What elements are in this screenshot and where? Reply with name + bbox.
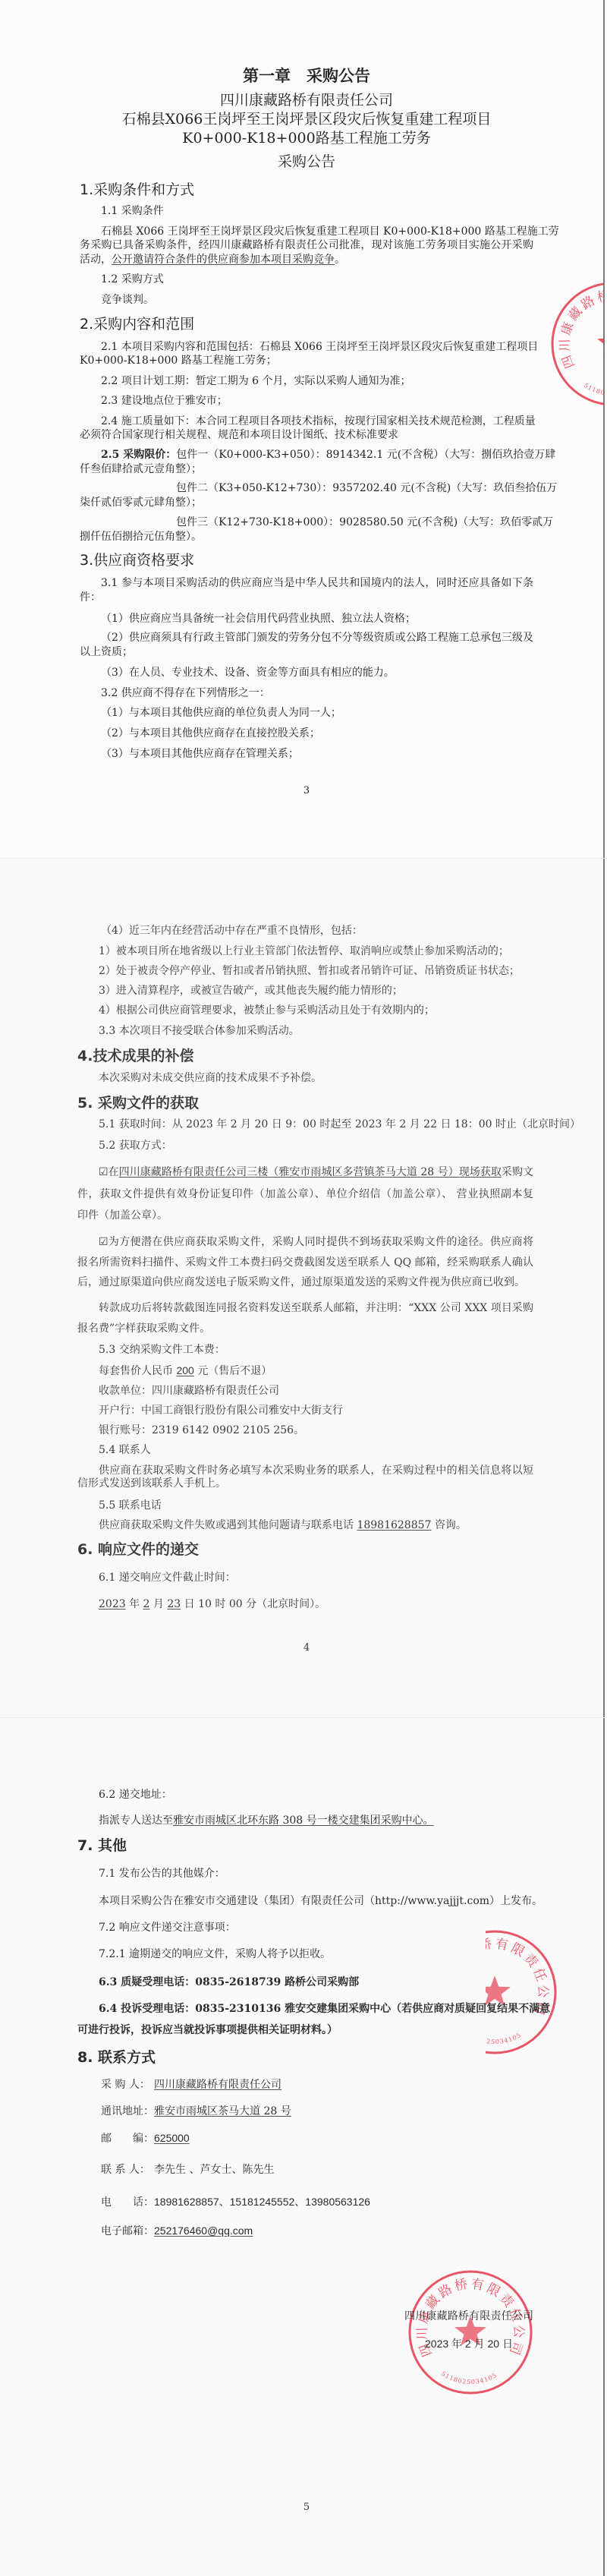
page-edge [603,0,605,858]
paragraph-line: 后，通过原渠道向供应商发送电子版采购文件，通过原渠道发送的采购文件视为供应商已收… [77,1275,525,1289]
paragraph-line: 件： [80,591,101,604]
paragraph-line: 2.2 项目计划工期：暂定工期为 6 个月，实际以采购人通知为准； [101,374,411,388]
text: 咨询。 [431,1519,466,1531]
page-edge [603,859,605,1718]
submission-address: 指派专人送达至雅安市雨城区北环东路 308 号一楼交建集团采购中心。 [99,1814,434,1827]
complaint-phone: 6.4 投诉受理电话：0835-2310136 雅安交建集团采购中心（若供应商对… [99,2002,533,2016]
fee-amount: 200 [176,1364,193,1376]
project-title-line2: K0+000-K18+000路基工程施工劳务 [3,130,607,147]
subsection-label: 1.2 采购方式 [101,273,164,286]
underlined-address: 雅安市雨城区北环东路 308 号一楼交建集团采购中心。 [173,1815,434,1827]
text: 日 10 时 00 分（北京时间）。 [181,1598,326,1610]
deadline-year: 2023 [99,1598,126,1610]
paragraph-line: 可进行投诉，投诉应当就投诉事项提供相关证明材料。） [77,2023,338,2037]
section-heading: 5. 采购文件的获取 [77,1094,199,1112]
bank-account: 银行账号：2319 6142 0902 2105 256。 [99,1424,304,1437]
svg-text:四川康藏路桥有限责任公司: 四川康藏路桥有限责任公司 [558,288,604,370]
list-item: （1）与本项目其他供应商的单位负责人为同一人； [101,706,341,720]
paragraph-line: 活动，公开邀请符合条件的供应商参加本项目采购竞争。 [80,253,345,266]
checkbox-checked-icon: ☑ [99,1236,109,1248]
paragraph-line: 2.3 建设地点位于雅安市； [101,394,228,408]
text: 采购文 [502,1166,533,1178]
field-label: 联 系 人： [101,2163,154,2177]
field-value: 四川康藏路桥有限责任公司 [154,2079,281,2091]
paragraph-line: 2.4 施工质量如下：本合同工程项目各项技术指标，按现行国家相关技术规范检测，工… [101,415,533,428]
seal-icon: 四川康藏路桥有限责任公司 5118025034105 [549,279,604,408]
paragraph-line: 供应商在获取采购文件时务必填写本次采购业务的联系人，在采购过程中的相关信息将以短 [99,1464,533,1477]
subsection-label: 5.3 交纳采购文件工本费： [99,1343,225,1357]
paragraph-line: 石棉县 X066 王岗坪至王岗坪景区段灾后恢复重建工程项目 K0+000-K18… [101,225,533,238]
procurement-method: 竞争谈判。 [101,293,154,307]
text: 供应商获取采购文件失败或遇到其他问题请与联系电话 [99,1519,357,1531]
paragraph-line: 以上资质； [80,645,133,659]
contact-row-address: 通讯地址：雅安市雨城区茶马大道 28 号 [101,2105,291,2118]
company-seal-partial: 四川康藏路桥有限责任公司 5118025034105 [549,279,604,408]
paragraph-line: K0+000-K18+000 路基工程施工劳务； [80,354,277,367]
paragraph-line: 7.2.1 逾期递交的响应文件，采购人将予以拒收。 [99,1947,331,1961]
list-item: 4）根据公司供应商管理要求，被禁止参与采购活动且处于有效期内的； [99,1004,435,1017]
paragraph-line: 3.3 本次项目不接受联合体参加采购活动。 [99,1024,300,1038]
price-limit-package-1: 2.5 采购限价：包件一（K0+000-K3+050）：8914342.1 元(… [101,448,533,462]
list-item: （4）近三年内在经营活动中存在严重不良情形，包括： [101,924,363,938]
paragraph-line: 报名所需资料扫描件、采购文件工本费扫码交费截图发送至联系人 QQ 邮箱，经采购联… [77,1256,533,1269]
section-heading: 3.供应商资格要求 [80,551,194,569]
section-heading: 7. 其他 [77,1837,127,1855]
paragraph-line: 务采购已具备采购条件，经四川康藏路桥有限责任公司批准，现对该施工劳务项目实施公开… [80,238,533,252]
field-value: 625000 [154,2132,190,2144]
underlined-text: 四川康藏路桥有限责任公司三楼（雅安市雨城区多营镇茶马大道 28 号）现场获取 [119,1166,502,1178]
text: 月 [149,1598,167,1610]
seal-code: 5118025034105 [486,2030,522,2045]
paragraph-line: 报名费”字样获取采购文件。 [77,1322,210,1335]
field-label: 邮 编： [101,2132,154,2146]
page-number: 5 [3,2501,607,2515]
remote-method-line: ☑为方便潜在供应商获取采购文件，采购人同时提供不到场获取采购文件的途径。供应商将 [99,1235,533,1249]
deadline: 2023 年 2 月 23 日 10 时 00 分（北京时间）。 [99,1597,326,1611]
text: 年 [126,1598,143,1610]
company-name: 四川康藏路桥有限责任公司 [3,92,607,109]
price-limit-package-3: 包件三（K12+730-K18+000）：9028580.50 元(不含税)（大… [176,516,533,529]
text: 活动， [80,254,112,266]
contact-row-email: 电子邮箱：252176460@qq.com [101,2224,253,2238]
company-seal-partial: 四川康藏路桥有限责任公司 5118025034105 [486,1928,561,2057]
checkbox-checked-icon: ☑ [99,1166,109,1178]
subsection-label: 5.4 联系人 [99,1443,151,1457]
list-item: （2）与本项目其他供应商存在直接控股关系； [101,727,320,740]
document-page: 6.2 递交地址： 指派专人送达至雅安市雨城区北环东路 308 号一楼交建集团采… [0,1717,607,2576]
section-heading: 8. 联系方式 [77,2048,156,2067]
signature-date: 2023 年 2 月 20 日 [425,2337,513,2351]
subsection-label: 5.2 获取方式： [99,1139,172,1152]
onsite-method-line: ☑在四川康藏路桥有限责任公司三楼（雅安市雨城区多营镇茶马大道 28 号）现场获取… [99,1165,533,1179]
seal-icon: 四川康藏路桥有限责任公司 5118025034105 [486,1928,559,2057]
fee-price: 每套售价人民币 200 元（售后不退） [99,1364,272,1378]
field-value: 252176460@qq.com [154,2224,253,2237]
list-item: （2）供应商须具有行政主管部门颁发的劳务分包不分等级资质或公路工程施工总承包三级… [101,631,533,645]
underlined-text: 公开邀请符合条件的供应商参加本项目采购竞争 [112,254,335,266]
list-item: （3）在人员、专业技术、设备、资金等方面具有相应的能力。 [101,666,395,679]
list-item: （1）供应商应当具备统一社会信用代码营业执照、独立法人资格； [101,612,416,626]
price-limit-label: 2.5 采购限价： [101,449,176,461]
document-page: （4）近三年内在经营活动中存在严重不良情形，包括： 1）被本项目所在地省级以上行… [0,858,607,1718]
field-label: 电子邮箱： [101,2224,154,2238]
seal-ring-text: 四川康藏路桥有限责任公司 [558,288,604,370]
seal-code: 5118025034105 [583,382,604,397]
svg-text:5118025034105: 5118025034105 [440,2370,498,2385]
paragraph-line: 仟叁佰肆拾贰元壹角整）； [80,462,202,476]
company-seal-icon: 四川康藏路桥有限责任公司 5118025034105 [406,2268,535,2397]
section-heading: 2.采购内容和范围 [80,315,194,333]
text: 元（售后不退） [194,1365,272,1377]
list-item: （3）与本项目其他供应商存在管理关系； [101,747,299,761]
subsection-label: 3.2 供应商不得存在下列情形之一： [101,686,270,700]
acquisition-time: 5.1 获取时间：从 2023 年 2 月 20 日 9：00 时起至 2023… [99,1118,533,1131]
seal-code: 5118025034105 [440,2370,498,2385]
paragraph-line: 本次采购对未成交供应商的技术成果不予补偿。 [99,1071,322,1085]
paragraph-line: 2.1 本项目采购内容和范围包括：石棉县 X066 王岗坪至王岗坪景区段灾后恢复… [101,340,533,354]
text: 每套售价人民币 [99,1365,176,1377]
text: 为方便潜在供应商获取采购文件，采购人同时提供不到场获取采购文件的途径。供应商将 [109,1236,533,1248]
document-page: 第一章 采购公告 四川康藏路桥有限责任公司 石棉县X066王岗坪至王岗坪景区段灾… [0,0,607,858]
subsection-label: 6.2 递交地址： [99,1788,172,1802]
subsection-label: 6.1 递交响应文件截止时间： [99,1571,236,1584]
payee: 收款单位：四川康藏路桥有限责任公司 [99,1384,279,1398]
text: 包件一（K0+000-K3+050）：8914342.1 元(不含税）（大写：捌… [176,449,555,461]
field-value: 雅安市雨城区茶马大道 28 号 [154,2105,291,2117]
page-edge [603,1718,605,2576]
paragraph-line: 转款成功后将转款截图连同报名资料发送至联系人邮箱，并注明：“XXX 公司 XXX… [99,1301,533,1315]
project-title-line1: 石棉县X066王岗坪至王岗坪景区段灾后恢复重建工程项目 [3,111,607,128]
paragraph-line: 印件（加盖公章）。 [77,1209,168,1222]
contact-row-purchaser: 采 购 人：四川康藏路桥有限责任公司 [101,2078,281,2092]
section-heading: 1.采购条件和方式 [80,181,194,199]
paragraph-line: 件，获取文件提供有效身份证复印件（加盖公章）、单位介绍信（加盖公章）、 营业执照… [77,1187,533,1201]
section-heading: 4.技术成果的补偿 [77,1047,193,1065]
query-phone: 6.3 质疑受理电话：0835-2618739 路桥公司采购部 [99,1975,359,1989]
field-label: 电 话： [101,2196,154,2209]
paragraph-line: 柒仟贰佰零贰元肆角整）； [80,496,202,509]
contact-phone-line: 供应商获取采购文件失败或遇到其他问题请与联系电话 18981628857 咨询。 [99,1518,467,1532]
paragraph-line: 必须符合国家现行相关规程、规范和本项目设计图纸、技术标准要求 [80,428,398,442]
list-item: 2）处于被责令停产停业、暂扣或者吊销执照、暂扣或者吊销许可证、吊销资质证书状态； [99,964,520,978]
bank-name: 开户行：中国工商银行股份有限公司雅安中大街支行 [99,1404,343,1417]
subsection-label: 1.1 采购条件 [101,204,164,218]
subsection-label: 7.1 发布公告的其他媒介： [99,1867,225,1881]
field-value: 李先生 、芦女士、陈先生 [154,2164,274,2176]
list-item: 3）进入清算程序，或被宣告破产，或其他丧失履约能力情形的； [99,984,403,998]
deadline-day: 23 [167,1598,181,1610]
contact-row-phone: 电 话：18981628857、15181245552、13980563126 [101,2195,370,2209]
paragraph-line: 捌仟伍佰捌拾元伍角整）。 [80,530,202,544]
chapter-title: 第一章 采购公告 [3,67,607,85]
paragraph-line: 信形式发送到该联系人手机上。 [77,1477,226,1490]
page-number: 4 [3,1641,607,1655]
contact-row-postcode: 邮 编：625000 [101,2131,190,2146]
paragraph-line: 本项目采购公告在雅安市交通建设（集团）有限责任公司（http://www.yaj… [99,1894,533,1908]
field-label: 通讯地址： [101,2105,154,2118]
svg-text:5118025034105: 5118025034105 [583,382,604,397]
phone-number: 18981628857 [357,1519,431,1531]
svg-text:5118025034105: 5118025034105 [486,2030,522,2045]
notice-title: 采购公告 [3,153,607,170]
price-limit-package-2: 包件二（K3+050-K12+730）：9357202.40 元(不含税)（大写… [176,481,533,495]
text: 指派专人送达至 [99,1815,173,1827]
page-number: 3 [3,784,607,798]
subsection-label: 5.5 联系电话 [99,1499,162,1512]
field-value: 18981628857、15181245552、13980563126 [154,2196,370,2208]
list-item: 1）被本项目所在地省级以上行业主管部门依法暂停、取消响应或禁止参加采购活动的； [99,944,509,958]
paragraph-line: 3.1 参与本项目采购活动的供应商应当是中华人民共和国境内的法人，同时还应具备如… [101,576,533,590]
section-heading: 6. 响应文件的递交 [77,1540,199,1559]
contact-row-contacts: 联 系 人：李先生 、芦女士、陈先生 [101,2163,274,2177]
text: 在 [109,1166,119,1178]
field-label: 采 购 人： [101,2078,154,2092]
text: 。 [335,254,345,266]
signature-company: 四川康藏路桥有限责任公司 [404,2310,533,2323]
subsection-label: 7.2 响应文件递交注意事项： [99,1921,236,1934]
